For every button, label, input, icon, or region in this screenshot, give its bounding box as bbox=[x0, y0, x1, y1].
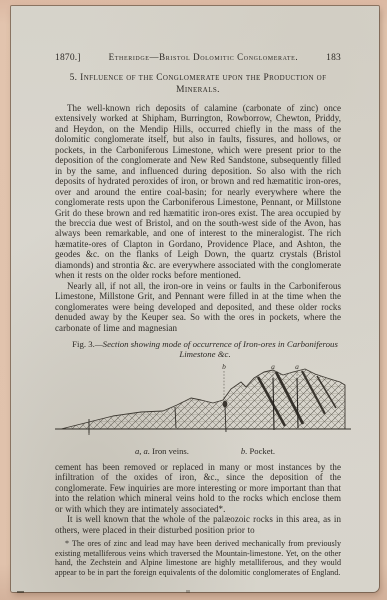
label-b-top: b bbox=[222, 362, 226, 371]
figure-caption-text: —Section showing mode of occurrence of I… bbox=[95, 339, 338, 360]
figure-caption: Fig. 3.—Section showing mode of occurren… bbox=[55, 339, 355, 360]
paragraph-1: The well-known rich deposits of calamine… bbox=[55, 103, 341, 281]
figure-3-section-drawing: b a a a, a. Iron veins. bbox=[55, 362, 355, 456]
legend-right-term: b. bbox=[241, 446, 247, 456]
header-title: Etheridge—Bristol Dolomitic Conglomerate… bbox=[109, 52, 299, 62]
header-page-number: 183 bbox=[326, 53, 341, 63]
section-heading: 5. Influence of the Conglomerate upon th… bbox=[62, 73, 334, 96]
legend-right-text: Pocket. bbox=[250, 446, 276, 456]
journal-page: 1870.] Etheridge—Bristol Dolomitic Congl… bbox=[11, 6, 379, 592]
paragraph-4: It is well known that the whole of the p… bbox=[55, 514, 341, 535]
scan-speck-left bbox=[17, 591, 24, 593]
paragraph-2: Nearly all, if not all, the iron-ore in … bbox=[55, 281, 341, 333]
legend-left-term: a, a. bbox=[135, 446, 150, 456]
label-a-top-2: a bbox=[295, 362, 299, 371]
figure-caption-label: Fig. 3. bbox=[72, 339, 95, 349]
scanned-journal-photo: { "page": { "header": { "left": "1870.]"… bbox=[0, 0, 387, 600]
geological-cross-section: b a a bbox=[55, 362, 355, 440]
paragraph-3: cement has been removed or replaced in m… bbox=[55, 462, 341, 514]
header-year: 1870.] bbox=[55, 53, 81, 63]
footnote: * The ores of zinc and lead may have bee… bbox=[55, 539, 341, 577]
legend-pocket: b. Pocket. bbox=[241, 446, 275, 456]
running-header: 1870.] Etheridge—Bristol Dolomitic Congl… bbox=[55, 52, 341, 63]
figure-legend: a, a. Iron veins. b. Pocket. bbox=[55, 446, 355, 456]
legend-left-text: Iron veins. bbox=[152, 446, 189, 456]
scan-speck-center bbox=[186, 590, 190, 593]
legend-iron-veins: a, a. Iron veins. bbox=[135, 446, 189, 456]
